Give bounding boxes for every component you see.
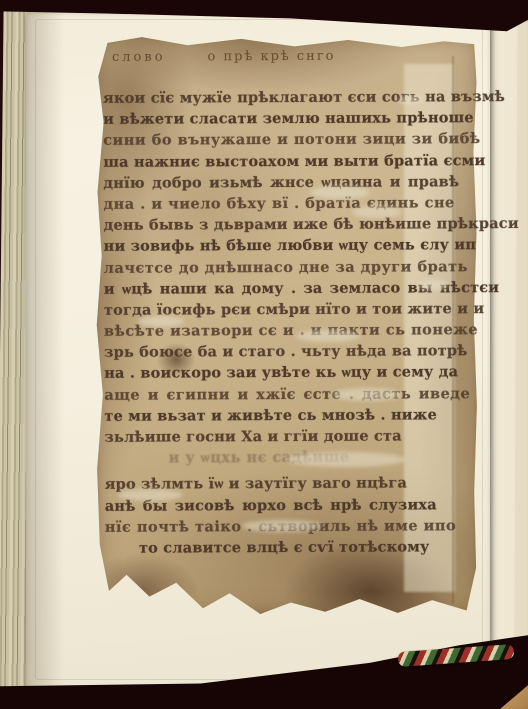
text-line: зьлѣише госни Ха и ггїи доше ста bbox=[104, 425, 464, 448]
abrasion-patch bbox=[118, 489, 182, 501]
manuscript-photo: слово о прѣ крѣ снго якои сїє мужїе прѣк… bbox=[0, 0, 528, 709]
abrasion-patch bbox=[286, 452, 406, 467]
text-line: и ѡцѣ наши ка дому . за земласо вы нѣстє… bbox=[104, 277, 464, 300]
abrasion-patch bbox=[242, 520, 322, 532]
text-line: аще и єгипни и хжїє єсте . дасть иведе bbox=[104, 383, 464, 406]
abrasion-patch bbox=[418, 280, 448, 290]
abrasion-patch bbox=[310, 186, 370, 199]
abrasion-patch bbox=[138, 316, 184, 327]
header-word-slovo: слово bbox=[112, 50, 166, 65]
abrasion-patch bbox=[332, 388, 402, 401]
text-line: на . воискоро заи увѣте кь ѡцу и сему да bbox=[104, 362, 464, 385]
text-line: ша нажниє выстоахом ми выти братїа єсми bbox=[103, 150, 463, 173]
corner-object bbox=[494, 680, 528, 709]
text-line: ни зовифь нѣ бѣше любви ѡцу семь єлу ип bbox=[104, 235, 464, 258]
text-line: то славитсе влцѣ є сѵї тотѣскому bbox=[139, 536, 465, 559]
text-line: днїю добро изьмѣ жнсе ѡцаина и правѣ bbox=[103, 171, 463, 194]
text-line: день бывь з дьврами иже бѣ юнѣише прѣкра… bbox=[104, 213, 464, 236]
text-line: и вѣжети сласати землю нашихь прѣноше bbox=[103, 107, 463, 130]
text-line: дна . и чиело бѣху вї . братїа єдинь сне bbox=[103, 192, 463, 215]
gutter-shadow bbox=[26, 11, 64, 689]
abrasion-patch bbox=[296, 330, 360, 342]
header-title: о прѣ крѣ снго bbox=[207, 49, 335, 65]
abrasion-patch bbox=[352, 206, 402, 218]
abrasion-patch bbox=[398, 95, 424, 105]
manuscript-header: слово о прѣ крѣ снго bbox=[112, 48, 442, 65]
text-line: сини бо вънужаше и потони зици зи бибѣ bbox=[103, 129, 463, 152]
text-line: зрь боюсе ба и стаго . чьту нѣда ва потр… bbox=[104, 340, 464, 363]
text-line: лачєтсе до днѣшнасо дне за други брать bbox=[104, 256, 464, 279]
text-line: те ми вьзат и живѣте сь мнозѣ . ниже bbox=[104, 404, 464, 427]
